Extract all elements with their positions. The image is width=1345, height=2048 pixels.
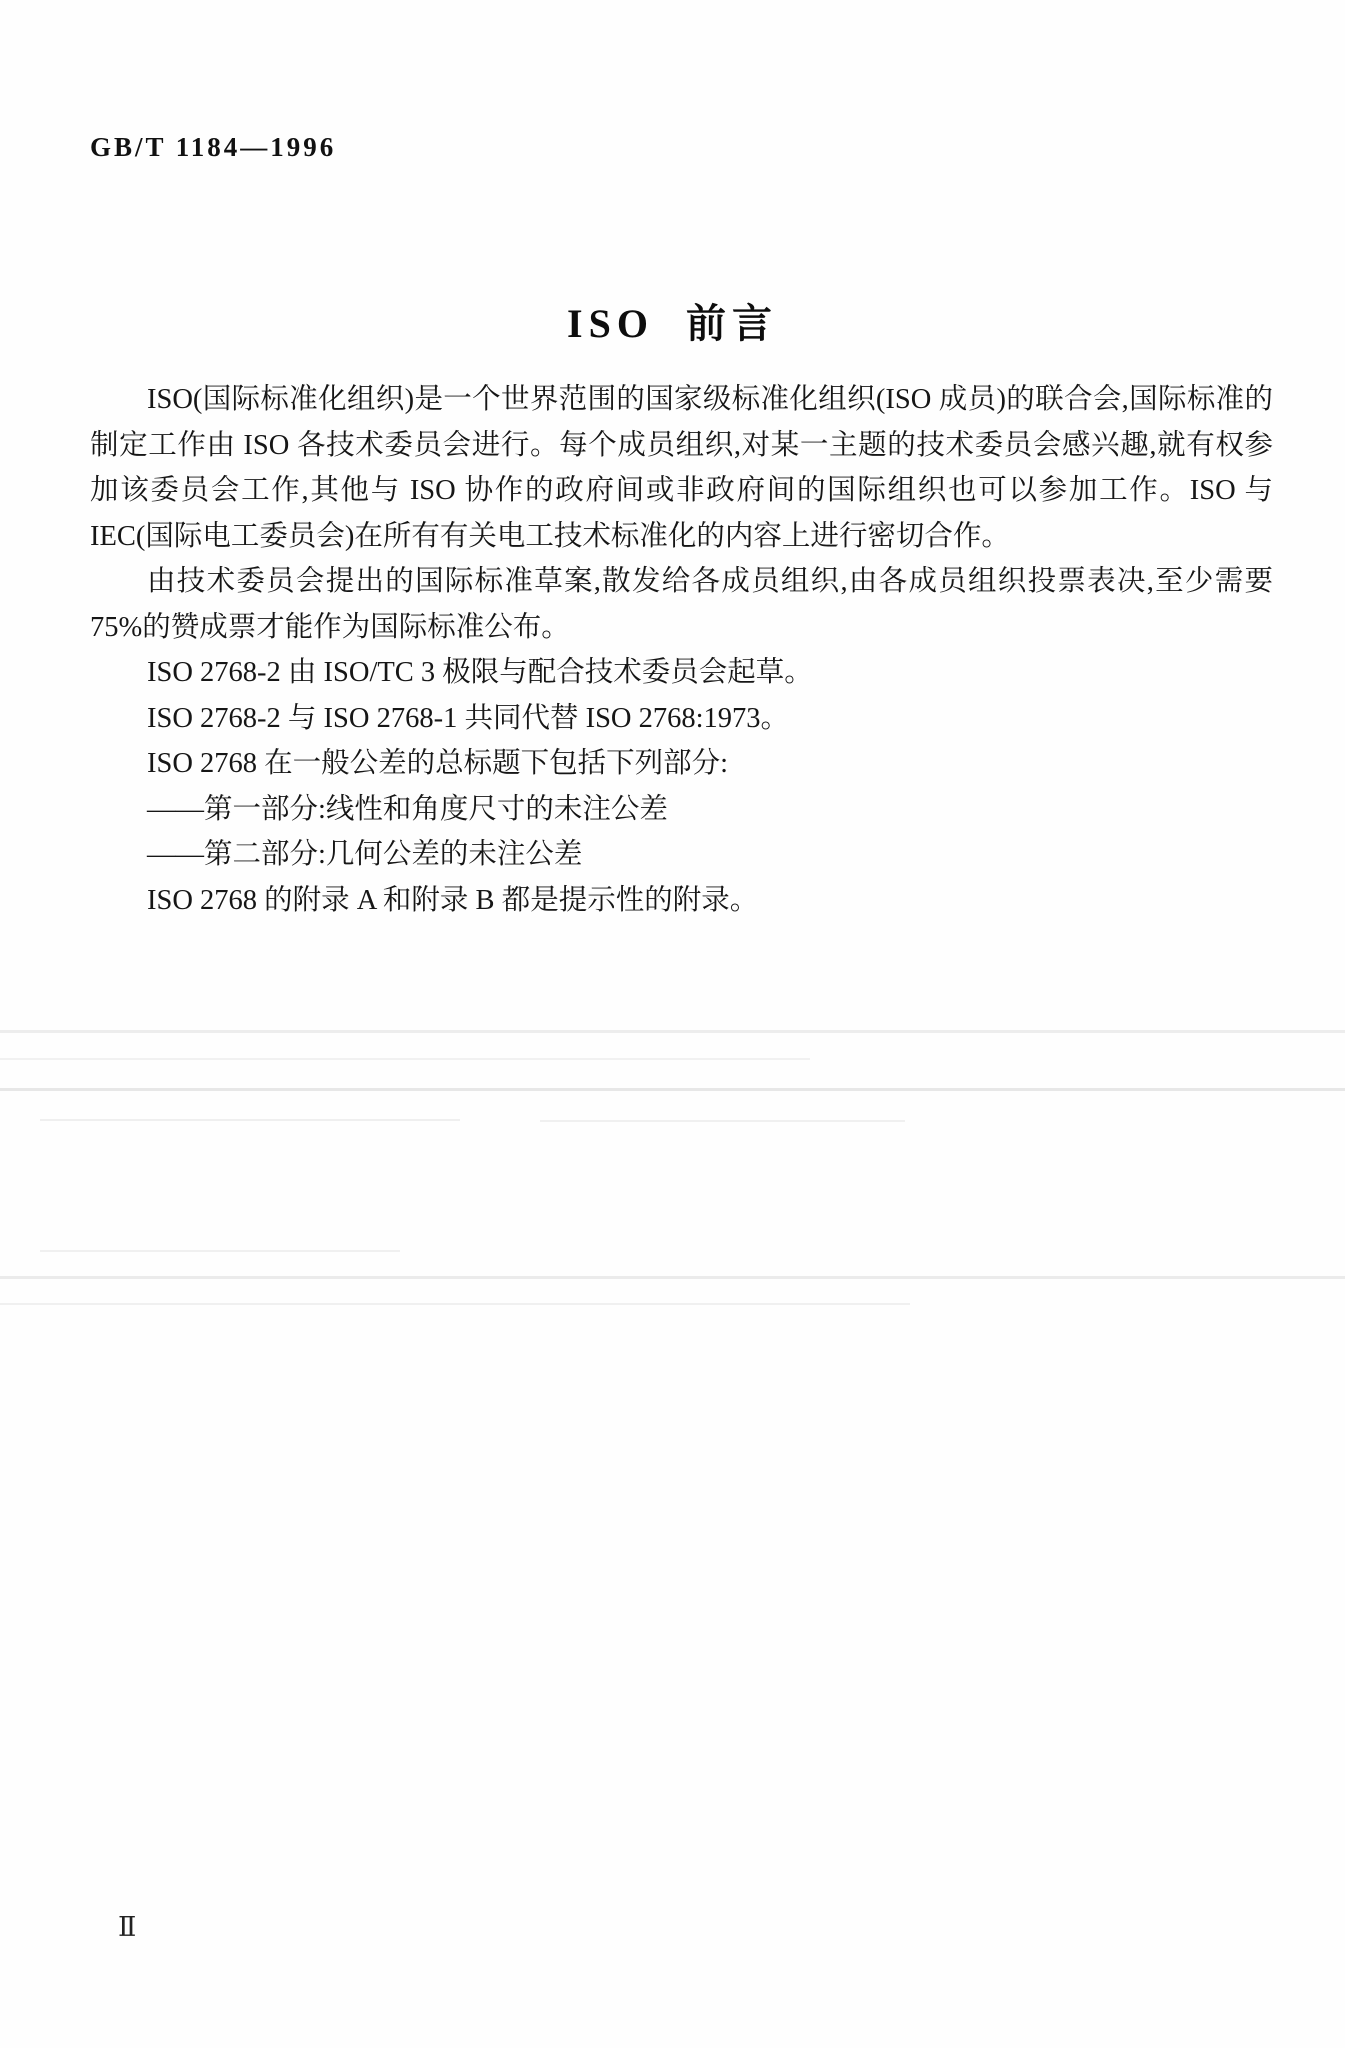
scan-artifact-line	[0, 1276, 1345, 1279]
standard-number-header: GB/T 1184—1996	[90, 132, 336, 163]
page-number: Ⅱ	[118, 1912, 136, 1943]
scan-artifact-line	[0, 1030, 1345, 1033]
scan-artifact-line	[0, 1058, 810, 1060]
list-item-part-2: ——第二部分:几何公差的未注公差	[90, 832, 1273, 878]
paragraph-parts-intro: ISO 2768 在一般公差的总标题下包括下列部分:	[90, 741, 1273, 787]
document-page: GB/T 1184—1996 ISO 前言 ISO(国际标准化组织)是一个世界范…	[0, 0, 1345, 2048]
scan-artifact-line	[540, 1120, 905, 1122]
paragraph-replaces: ISO 2768-2 与 ISO 2768-1 共同代替 ISO 2768:19…	[90, 696, 1273, 742]
paragraph-iso-intro: ISO(国际标准化组织)是一个世界范围的国家级标准化组织(ISO 成员)的联合会…	[90, 377, 1273, 559]
paragraph-annexes: ISO 2768 的附录 A 和附录 B 都是提示性的附录。	[90, 878, 1273, 924]
list-item-part-1: ——第一部分:线性和角度尺寸的未注公差	[90, 787, 1273, 833]
scan-artifact-line	[40, 1119, 460, 1121]
foreword-body: ISO(国际标准化组织)是一个世界范围的国家级标准化组织(ISO 成员)的联合会…	[90, 377, 1273, 923]
scan-artifact-line	[0, 1303, 910, 1305]
scan-artifact-line	[0, 1088, 1345, 1091]
page-title: ISO 前言	[0, 292, 1345, 349]
paragraph-voting: 由技术委员会提出的国际标准草案,散发给各成员组织,由各成员组织投票表决,至少需要…	[90, 559, 1273, 650]
scan-artifact-line	[40, 1250, 400, 1252]
paragraph-drafting-committee: ISO 2768-2 由 ISO/TC 3 极限与配合技术委员会起草。	[90, 650, 1273, 696]
